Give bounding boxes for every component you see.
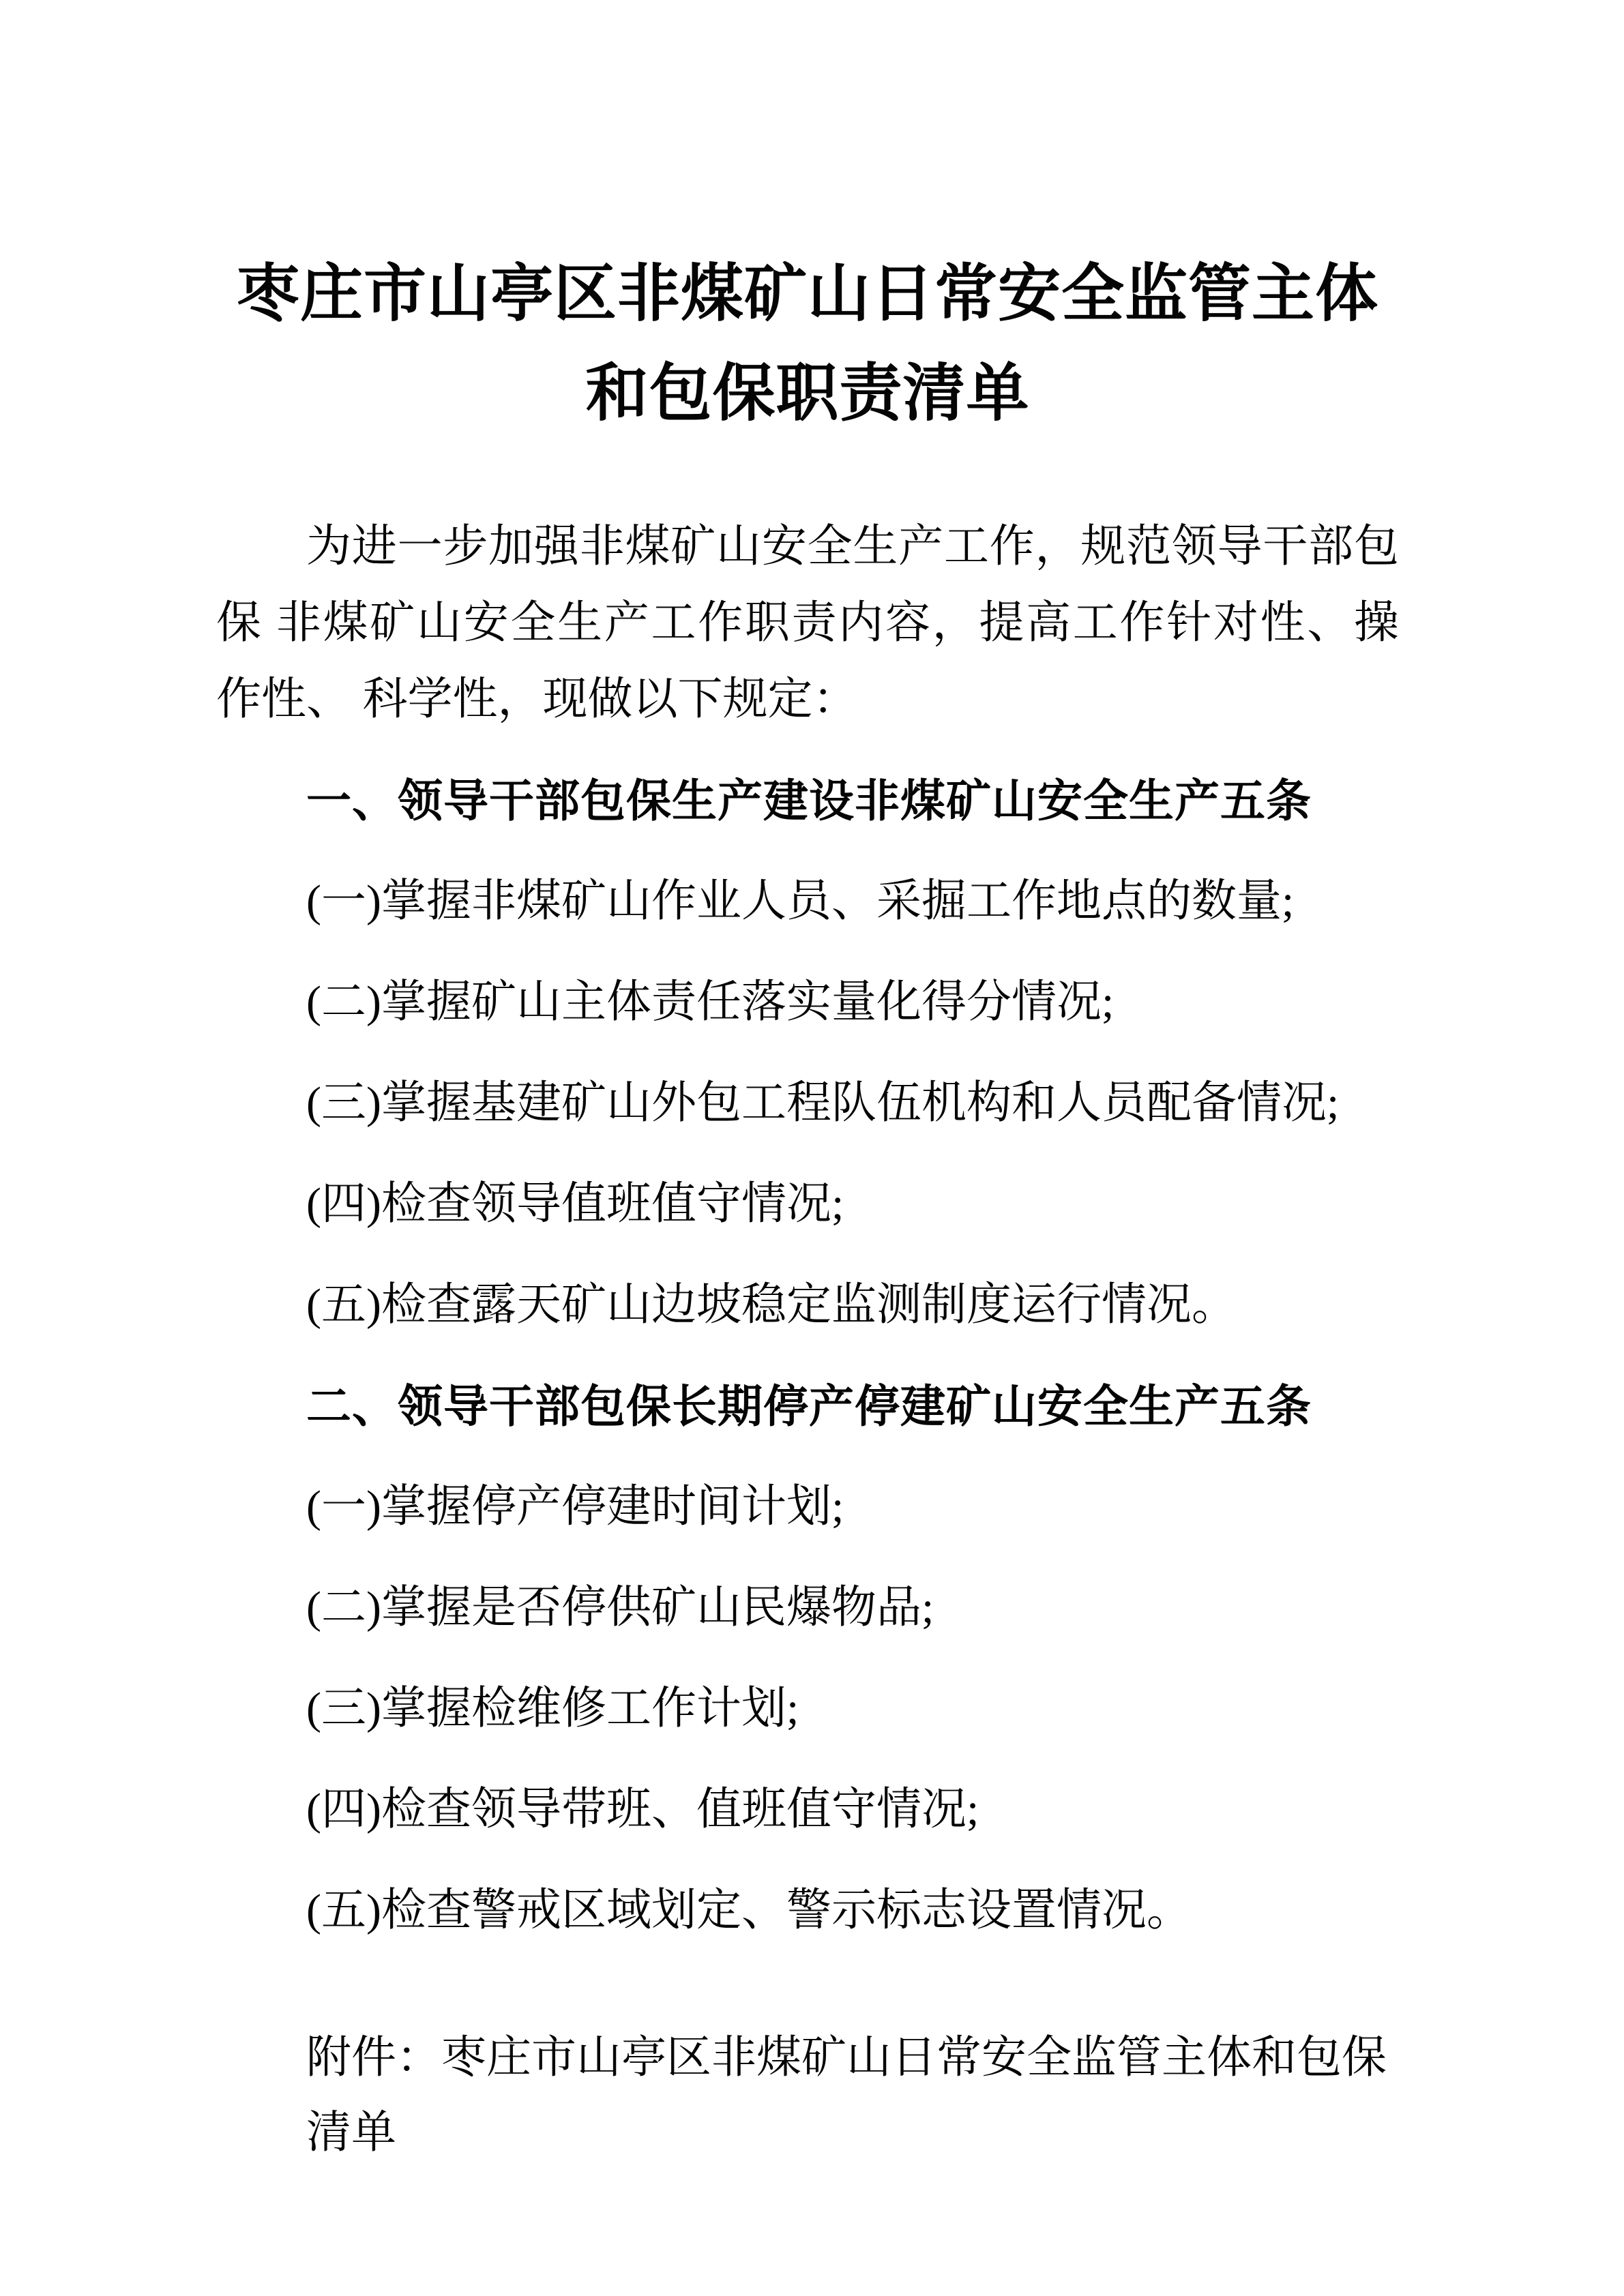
section-two-item-5: (五)检查警戒区域划定、警示标志设置情况。 xyxy=(216,1873,1399,1949)
section-two-heading: 二、领导干部包保长期停产停建矿山安全生产五条 xyxy=(216,1368,1399,1444)
document-title: 枣庄市山亭区非煤矿山日常安全监管主体 和包保职责清单 xyxy=(216,244,1399,443)
attachment-note: 附件：枣庄市山亭区非煤矿山日常安全监管主体和包保 清单 xyxy=(306,2021,1399,2171)
intro-line-3: 作性、 科学性，现做以下规定： xyxy=(216,661,1399,738)
section-one-item-5: (五)检查露天矿山边坡稳定监测制度运行情况。 xyxy=(216,1267,1399,1343)
attachment-line-1: 附件：枣庄市山亭区非煤矿山日常安全监管主体和包保 xyxy=(306,2021,1399,2096)
intro-line-2: 保 非煤矿山安全生产工作职责内容，提高工作针对性、操 xyxy=(216,585,1399,661)
document-page: 枣庄市山亭区非煤矿山日常安全监管主体 和包保职责清单 为进一步加强非煤矿山安全生… xyxy=(0,0,1624,2296)
title-line-1: 枣庄市山亭区非煤矿山日常安全监管主体 xyxy=(216,244,1399,344)
section-two-item-2: (二)掌握是否停供矿山民爆物品; xyxy=(216,1570,1399,1646)
section-one-item-1: (一)掌握非煤矿山作业人员、采掘工作地点的数量; xyxy=(216,863,1399,940)
section-one-heading: 一、领导干部包保生产建设非煤矿山安全生产五条 xyxy=(216,762,1399,839)
section-two-item-3: (三)掌握检维修工作计划; xyxy=(216,1671,1399,1747)
intro-paragraph: 为进一步加强非煤矿山安全生产工作，规范领导干部包 保 非煤矿山安全生产工作职责内… xyxy=(216,509,1399,738)
section-one-item-2: (二)掌握矿山主体责任落实量化得分情况; xyxy=(216,964,1399,1041)
intro-line-1: 为进一步加强非煤矿山安全生产工作，规范领导干部包 xyxy=(216,509,1399,585)
section-one-item-3: (三)掌握基建矿山外包工程队伍机构和人员配备情况; xyxy=(216,1065,1399,1142)
document-content: 枣庄市山亭区非煤矿山日常安全监管主体 和包保职责清单 为进一步加强非煤矿山安全生… xyxy=(216,0,1399,2171)
section-two-item-1: (一)掌握停产停建时间计划; xyxy=(216,1469,1399,1545)
title-line-2: 和包保职责清单 xyxy=(216,344,1399,443)
attachment-line-2: 清单 xyxy=(306,2096,1399,2171)
section-one-item-4: (四)检查领导值班值守情况; xyxy=(216,1166,1399,1242)
section-two-item-4: (四)检查领导带班、值班值守情况; xyxy=(216,1772,1399,1848)
